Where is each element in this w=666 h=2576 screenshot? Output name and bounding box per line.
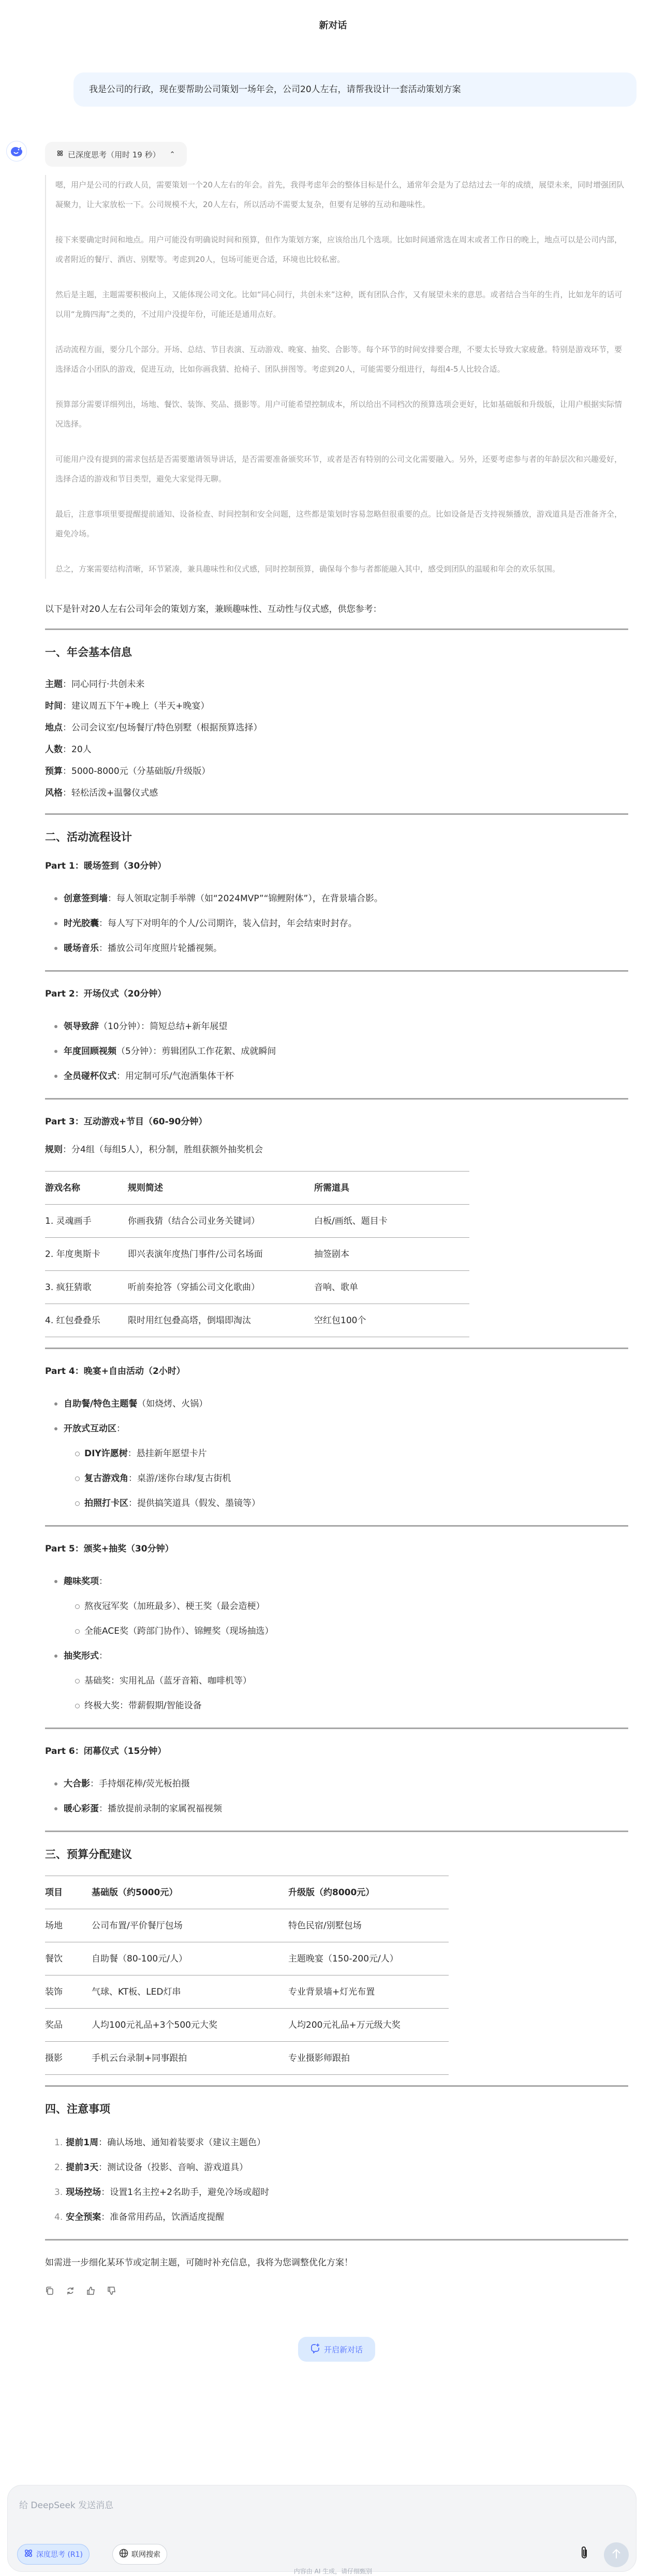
sub-list-item: DIY许愿树：悬挂新年愿望卡片	[75, 1441, 628, 1466]
new-chat-label: 开启新对话	[324, 2344, 363, 2355]
table-row: 餐饮自助餐（80-100元/人）主题晚宴（150-200元/人）	[45, 1942, 449, 1975]
item-value: （如烧烤、火锅）	[137, 1399, 208, 1409]
item-value: ：准备常用药品，饮酒适度提醒	[101, 2212, 224, 2222]
cell: 即兴表演年度热门事件/公司名场面	[128, 1238, 314, 1271]
cell: 人均200元礼品+万元级大奖	[288, 2009, 449, 2042]
list-item: 创意签到墙：每人领取定制手举牌（如“2024MVP”“锦鲤附体”），在背景墙合影…	[54, 886, 628, 911]
message-input[interactable]: 给 DeepSeek 发送消息	[19, 2498, 113, 2511]
list-item: 4.安全预案：准备常用药品，饮酒适度提醒	[54, 2205, 628, 2230]
table-row: 奖品人均100元礼品+3个500元大奖人均200元礼品+万元级大奖	[45, 2009, 449, 2042]
divider	[45, 628, 628, 630]
message-composer: 给 DeepSeek 发送消息 深度思考 (R1) 联网搜索	[7, 2485, 637, 2572]
info-row: 预算：5000-8000元（分基础版/升级版）	[45, 760, 628, 782]
cell: 摄影	[45, 2042, 92, 2075]
thinking-paragraph: 嗯，用户是公司的行政人员，需要策划一个20人左右的年会。首先，我得考虑年会的整体…	[55, 175, 628, 214]
item-key: 现场控场	[66, 2187, 101, 2198]
info-key: 时间	[45, 701, 63, 711]
item-key: 暖心彩蛋	[64, 1804, 99, 1814]
info-value: ：20人	[63, 744, 92, 755]
item-key: 提前3天	[66, 2162, 98, 2173]
globe-icon	[119, 2549, 128, 2560]
disclaimer: 内容由 AI 生成，请仔细甄别	[0, 2567, 666, 2575]
cell: 专业背景墙+灯光布置	[288, 1975, 449, 2009]
deep-think-label: 深度思考 (R1)	[36, 2549, 83, 2559]
item-value: ：每人写下对明年的个人/公司期许，装入信封，年会结束时封存。	[99, 918, 357, 929]
sub-list-item: 全能ACE奖（跨部门协作）、锦鲤奖（现场抽选）	[75, 1619, 628, 1644]
list-item: 时光胶囊：每人写下对明年的个人/公司期许，装入信封，年会结束时封存。	[54, 911, 628, 936]
cell: 听前奏抢答（穿插公司文化歌曲）	[128, 1271, 314, 1304]
cell: 主题晚宴（150-200元/人）	[288, 1942, 449, 1975]
column-header: 升级版（约8000元）	[288, 1876, 449, 1909]
bullet-list: 趣味奖项： 熬夜冠军奖（加班最多）、梗王奖（最会造梗） 全能ACE奖（跨部门协作…	[45, 1569, 628, 1718]
item-key: 提前1周	[66, 2138, 98, 2148]
list-item: 抽奖形式： 基础奖：实用礼品（蓝牙音箱、咖啡机等） 终极大奖：带薪假期/智能设备	[54, 1644, 628, 1718]
sub-list-item: 拍照打卡区：提供搞笑道具（假发、墨镜等）	[75, 1491, 628, 1516]
item-key: 安全预案	[66, 2212, 101, 2222]
info-value: ：建议周五下午+晚上（半天+晚宴）	[63, 701, 210, 711]
info-value: ：轻松活泼+温馨仪式感	[63, 788, 158, 798]
answer-content: 以下是针对20人左右公司年会的策划方案，兼顾趣味性、互动性与仪式感，供您参考： …	[45, 602, 628, 2295]
sub-list-item: 基础奖：实用礼品（蓝牙音箱、咖啡机等）	[75, 1668, 628, 1693]
cell: 限时用红包叠高塔，倒塌即淘汰	[128, 1304, 314, 1337]
item-key: DIY许愿树	[84, 1448, 128, 1459]
info-row: 主题：同心同行·共创未来	[45, 674, 628, 695]
section-heading-basic-info: 一、年会基本信息	[45, 645, 628, 660]
item-value: ：	[99, 1576, 108, 1587]
item-value: ：	[99, 1651, 108, 1661]
cell: 公司布置/平价餐厅包场	[92, 1909, 288, 1942]
table-row: 3. 疯狂猜歌听前奏抢答（穿插公司文化歌曲）音响、歌单	[45, 1271, 469, 1304]
item-number: 3.	[54, 2187, 63, 2198]
item-key: 领导致辞	[64, 1021, 99, 1032]
divider	[45, 1525, 628, 1527]
info-value: ：公司会议室/包场餐厅/特色别墅（根据预算选择）	[63, 723, 262, 733]
thinking-content: 嗯，用户是公司的行政人员，需要策划一个20人左右的年会。首先，我得考虑年会的整体…	[45, 175, 628, 579]
divider	[45, 1348, 628, 1349]
cell: 奖品	[45, 2009, 92, 2042]
table-row: 场地公司布置/平价餐厅包场特色民宿/别墅包场	[45, 1909, 449, 1942]
bullet-list: 大合影：手持烟花棒/荧光板拍摄 暖心彩蛋：播放提前录制的家属祝福视频	[45, 1772, 628, 1821]
divider	[45, 2239, 628, 2241]
cell: 1. 灵魂画手	[45, 1205, 128, 1238]
cell: 2. 年度奥斯卡	[45, 1238, 128, 1271]
part-heading: Part 2：开场仪式（20分钟）	[45, 986, 628, 1002]
atom-icon	[56, 150, 64, 159]
arrow-up-icon	[612, 2548, 621, 2562]
cell: 特色民宿/别墅包场	[288, 1909, 449, 1942]
new-chat-button[interactable]: 开启新对话	[298, 2337, 375, 2362]
item-value: ：播放公司年度照片轮播视频。	[99, 943, 222, 954]
conversation-title: 新对话	[319, 18, 347, 32]
budget-table: 项目 基础版（约5000元） 升级版（约8000元） 场地公司布置/平价餐厅包场…	[45, 1876, 449, 2075]
games-table: 游戏名称 规则简述 所需道具 1. 灵魂画手你画我猜（结合公司业务关键词）白板/…	[45, 1171, 469, 1337]
list-item: 暖场音乐：播放公司年度照片轮播视频。	[54, 936, 628, 961]
sub-list: 基础奖：实用礼品（蓝牙音箱、咖啡机等） 终极大奖：带薪假期/智能设备	[64, 1668, 628, 1718]
user-message-row: 我是公司的行政，现在要帮助公司策划一场年会，公司20人左右，请帮我设计一套活动策…	[0, 57, 666, 107]
item-value: ：悬挂新年愿望卡片	[128, 1448, 207, 1459]
item-value: ：每人领取定制手举牌（如“2024MVP”“锦鲤附体”），在背景墙合影。	[108, 894, 383, 904]
bullet-list: 领导致辞（10分钟）：简短总结+新年展望 年度回顾视频（5分钟）：剪辑团队工作花…	[45, 1014, 628, 1089]
deep-think-toggle[interactable]: 深度思考 (R1)	[17, 2544, 90, 2565]
list-item: 全员碰杯仪式：用定制可乐/气泡酒集体干杯	[54, 1064, 628, 1089]
assistant-message: 已深度思考（用时 19 秒） ⌃ 嗯，用户是公司的行政人员，需要策划一个20人左…	[0, 107, 666, 2362]
cell: 气球、KT板、LED灯串	[92, 1975, 288, 2009]
part-heading: Part 6：闭幕仪式（15分钟）	[45, 1744, 628, 1759]
regenerate-icon[interactable]	[66, 2286, 75, 2295]
cell: 人均100元礼品+3个500元大奖	[92, 2009, 288, 2042]
paperclip-icon[interactable]	[580, 2545, 588, 2562]
item-value: ：	[116, 1424, 125, 1434]
rule-value: ：分4组（每组5人），积分制，胜组获额外抽奖机会	[63, 1145, 263, 1155]
user-message-bubble: 我是公司的行政，现在要帮助公司策划一场年会，公司20人左右，请帮我设计一套活动策…	[73, 72, 637, 107]
cell: 装饰	[45, 1975, 92, 2009]
column-header: 游戏名称	[45, 1172, 128, 1205]
item-key: 拍照打卡区	[84, 1498, 128, 1509]
table-header-row: 游戏名称 规则简述 所需道具	[45, 1172, 469, 1205]
cell: 白板/画纸、题目卡	[314, 1205, 469, 1238]
column-header: 所需道具	[314, 1172, 469, 1205]
item-key: 自助餐/特色主题餐	[64, 1399, 137, 1409]
item-key: 趣味奖项	[64, 1576, 99, 1587]
item-value: ：确认场地、通知着装要求（建议主题色）	[98, 2138, 265, 2148]
item-value: ：播放提前录制的家属祝福视频	[99, 1804, 222, 1814]
divider	[45, 1098, 628, 1100]
cell: 专业摄影师跟拍	[288, 2042, 449, 2075]
item-value: ：设置1名主控+2名助手，避免冷场或超时	[101, 2187, 269, 2198]
divider	[45, 1831, 628, 1832]
part-heading: Part 3：互动游戏+节目（60-90分钟）	[45, 1114, 628, 1130]
thinking-toggle[interactable]: 已深度思考（用时 19 秒） ⌃	[45, 142, 187, 167]
new-chat-wrap: 开启新对话	[45, 2337, 628, 2362]
thinking-status-label: 已深度思考（用时 19 秒）	[68, 149, 160, 160]
column-header: 规则简述	[128, 1172, 314, 1205]
sub-list: DIY许愿树：悬挂新年愿望卡片 复古游戏角：桌游/迷你台球/复古街机 拍照打卡区…	[64, 1441, 628, 1516]
sub-list-item: 熬夜冠军奖（加班最多）、梗王奖（最会造梗）	[75, 1594, 628, 1619]
info-row: 人数：20人	[45, 739, 628, 760]
atom-icon	[24, 2549, 33, 2560]
copy-icon[interactable]	[45, 2286, 54, 2295]
list-item: 年度回顾视频（5分钟）：剪辑团队工作花絮、成就瞬间	[54, 1039, 628, 1064]
divider	[45, 813, 628, 815]
list-item: 开放式互动区： DIY许愿树：悬挂新年愿望卡片 复古游戏角：桌游/迷你台球/复古…	[54, 1416, 628, 1516]
deepseek-whale-icon	[6, 141, 27, 162]
item-key: 暖场音乐	[64, 943, 99, 954]
item-value: ：手持烟花棒/荧光板拍摄	[90, 1779, 190, 1789]
item-value: （5分钟）：剪辑团队工作花絮、成就瞬间	[116, 1046, 276, 1057]
section-heading-notes: 四、注意事项	[45, 2101, 628, 2117]
cell: 4. 红包叠叠乐	[45, 1304, 128, 1337]
chevron-up-icon: ⌃	[170, 151, 175, 158]
table-row: 2. 年度奥斯卡即兴表演年度热门事件/公司名场面抽签剧本	[45, 1238, 469, 1271]
table-row: 1. 灵魂画手你画我猜（结合公司业务关键词）白板/画纸、题目卡	[45, 1205, 469, 1238]
item-key: 全员碰杯仪式	[64, 1071, 116, 1081]
thinking-paragraph: 然后是主题，主题需要积极向上，又能体现公司文化。比如“同心同行，共创未来”这种，…	[55, 285, 628, 324]
item-key: 时光胶囊	[64, 918, 99, 929]
closing-text: 如需进一步细化某环节或定制主题，可随时补充信息，我将为您调整优化方案！	[45, 2255, 628, 2271]
thinking-paragraph: 可能用户没有提到的需求包括是否需要邀请领导讲话，是否需要准备颁奖环节，或者是否有…	[55, 449, 628, 489]
sub-list-item: 终极大奖：带薪假期/智能设备	[75, 1693, 628, 1718]
item-key: 开放式互动区	[64, 1424, 116, 1434]
sub-list: 熬夜冠军奖（加班最多）、梗王奖（最会造梗） 全能ACE奖（跨部门协作）、锦鲤奖（…	[64, 1594, 628, 1644]
cell: 场地	[45, 1909, 92, 1942]
part-heading: Part 4：晚宴+自由活动（2小时）	[45, 1364, 628, 1379]
send-button[interactable]	[604, 2542, 629, 2567]
item-value: ：用定制可乐/气泡酒集体干杯	[116, 1071, 234, 1081]
table-row: 装饰气球、KT板、LED灯串专业背景墙+灯光布置	[45, 1975, 449, 2009]
notes-list: 1.提前1周：确认场地、通知着装要求（建议主题色） 2.提前3天：测试设备（投影…	[45, 2130, 628, 2230]
item-key: 抽奖形式	[64, 1651, 99, 1661]
info-key: 预算	[45, 766, 63, 777]
item-value: ：桌游/迷你台球/复古街机	[128, 1473, 231, 1484]
thinking-paragraph: 接下来要确定时间和地点。用户可能没有明确说时间和预算，但作为策划方案，应该给出几…	[55, 230, 628, 269]
info-row: 地点：公司会议室/包场餐厅/特色别墅（根据预算选择）	[45, 717, 628, 739]
list-item: 大合影：手持烟花棒/荧光板拍摄	[54, 1772, 628, 1796]
item-key: 大合影	[64, 1779, 90, 1789]
column-header: 基础版（约5000元）	[92, 1876, 288, 1909]
cell: 3. 疯狂猜歌	[45, 1271, 128, 1304]
list-item: 趣味奖项： 熬夜冠军奖（加班最多）、梗王奖（最会造梗） 全能ACE奖（跨部门协作…	[54, 1569, 628, 1644]
info-key: 地点	[45, 723, 63, 733]
table-header-row: 项目 基础版（约5000元） 升级版（约8000元）	[45, 1876, 449, 1909]
divider	[45, 1728, 628, 1729]
bullet-list: 创意签到墙：每人领取定制手举牌（如“2024MVP”“锦鲤附体”），在背景墙合影…	[45, 886, 628, 961]
list-item: 1.提前1周：确认场地、通知着装要求（建议主题色）	[54, 2130, 628, 2155]
item-key: 创意签到墙	[64, 894, 108, 904]
item-number: 2.	[54, 2162, 63, 2173]
column-header: 项目	[45, 1876, 92, 1909]
thinking-paragraph: 最后，注意事项里要提醒提前通知、设备检查、时间控制和安全问题，这些都是策划时容易…	[55, 504, 628, 544]
cell: 手机云台录制+同事跟拍	[92, 2042, 288, 2075]
item-number: 4.	[54, 2212, 63, 2222]
web-search-label: 联网搜索	[131, 2549, 160, 2559]
table-row: 4. 红包叠叠乐限时用红包叠高塔，倒塌即淘汰空红包100个	[45, 1304, 469, 1337]
bullet-list: 自助餐/特色主题餐（如烧烤、火锅） 开放式互动区： DIY许愿树：悬挂新年愿望卡…	[45, 1392, 628, 1516]
list-item: 2.提前3天：测试设备（投影、音响、游戏道具）	[54, 2155, 628, 2180]
sub-list-item: 复古游戏角：桌游/迷你台球/复古街机	[75, 1466, 628, 1491]
cell: 你画我猜（结合公司业务关键词）	[128, 1205, 314, 1238]
info-key: 主题	[45, 679, 63, 690]
thinking-paragraph: 总之，方案需要结构清晰，环节紧凑，兼具趣味性和仪式感，同时控制预算，确保每个参与…	[55, 559, 628, 579]
list-item: 领导致辞（10分钟）：简短总结+新年展望	[54, 1014, 628, 1039]
info-key: 风格	[45, 788, 63, 798]
item-number: 1.	[54, 2138, 63, 2148]
list-item: 自助餐/特色主题餐（如烧烤、火锅）	[54, 1392, 628, 1416]
divider	[45, 2085, 628, 2087]
message-actions	[45, 2286, 628, 2295]
cell: 抽签剧本	[314, 1238, 469, 1271]
list-item: 暖心彩蛋：播放提前录制的家属祝福视频	[54, 1796, 628, 1821]
section-heading-budget: 三、预算分配建议	[45, 1847, 628, 1862]
top-bar: 新对话	[0, 0, 666, 57]
item-key: 年度回顾视频	[64, 1046, 116, 1057]
item-value: ：测试设备（投影、音响、游戏道具）	[98, 2162, 248, 2173]
item-value: （10分钟）：简短总结+新年展望	[99, 1021, 227, 1032]
thinking-paragraph: 活动流程方面，要分几个部分。开场、总结、节目表演、互动游戏、晚宴、抽奖、合影等。…	[55, 340, 628, 379]
list-item: 3.现场控场：设置1名主控+2名助手，避免冷场或超时	[54, 2180, 628, 2205]
web-search-toggle[interactable]: 联网搜索	[112, 2544, 167, 2565]
rule-key: 规则	[45, 1145, 63, 1155]
cell: 自助餐（80-100元/人）	[92, 1942, 288, 1975]
info-key: 人数	[45, 744, 63, 755]
item-key: 复古游戏角	[84, 1473, 128, 1484]
game-rule: 规则：分4组（每组5人），积分制，胜组获额外抽奖机会	[45, 1142, 628, 1158]
cell: 音响、歌单	[314, 1271, 469, 1304]
answer-intro: 以下是针对20人左右公司年会的策划方案，兼顾趣味性、互动性与仪式感，供您参考：	[45, 602, 628, 617]
part-heading: Part 5：颁奖+抽奖（30分钟）	[45, 1541, 628, 1557]
cell: 餐饮	[45, 1942, 92, 1975]
cell: 空红包100个	[314, 1304, 469, 1337]
info-row: 时间：建议周五下午+晚上（半天+晚宴）	[45, 695, 628, 717]
divider	[45, 970, 628, 972]
part-heading: Part 1：暖场签到（30分钟）	[45, 858, 628, 874]
item-value: ：提供搞笑道具（假发、墨镜等）	[128, 1498, 260, 1509]
thinking-paragraph: 预算部分需要详细列出，场地、餐饮、装饰、奖品、摄影等。用户可能希望控制成本，所以…	[55, 394, 628, 434]
thumbs-up-icon[interactable]	[86, 2286, 96, 2295]
section-heading-flow: 二、活动流程设计	[45, 829, 628, 845]
info-value: ：同心同行·共创未来	[63, 679, 144, 690]
thumbs-down-icon[interactable]	[107, 2286, 116, 2295]
info-value: ：5000-8000元（分基础版/升级版）	[63, 766, 210, 777]
table-row: 摄影手机云台录制+同事跟拍专业摄影师跟拍	[45, 2042, 449, 2075]
new-chat-icon	[310, 2343, 320, 2355]
info-row: 风格：轻松活泼+温馨仪式感	[45, 782, 628, 804]
